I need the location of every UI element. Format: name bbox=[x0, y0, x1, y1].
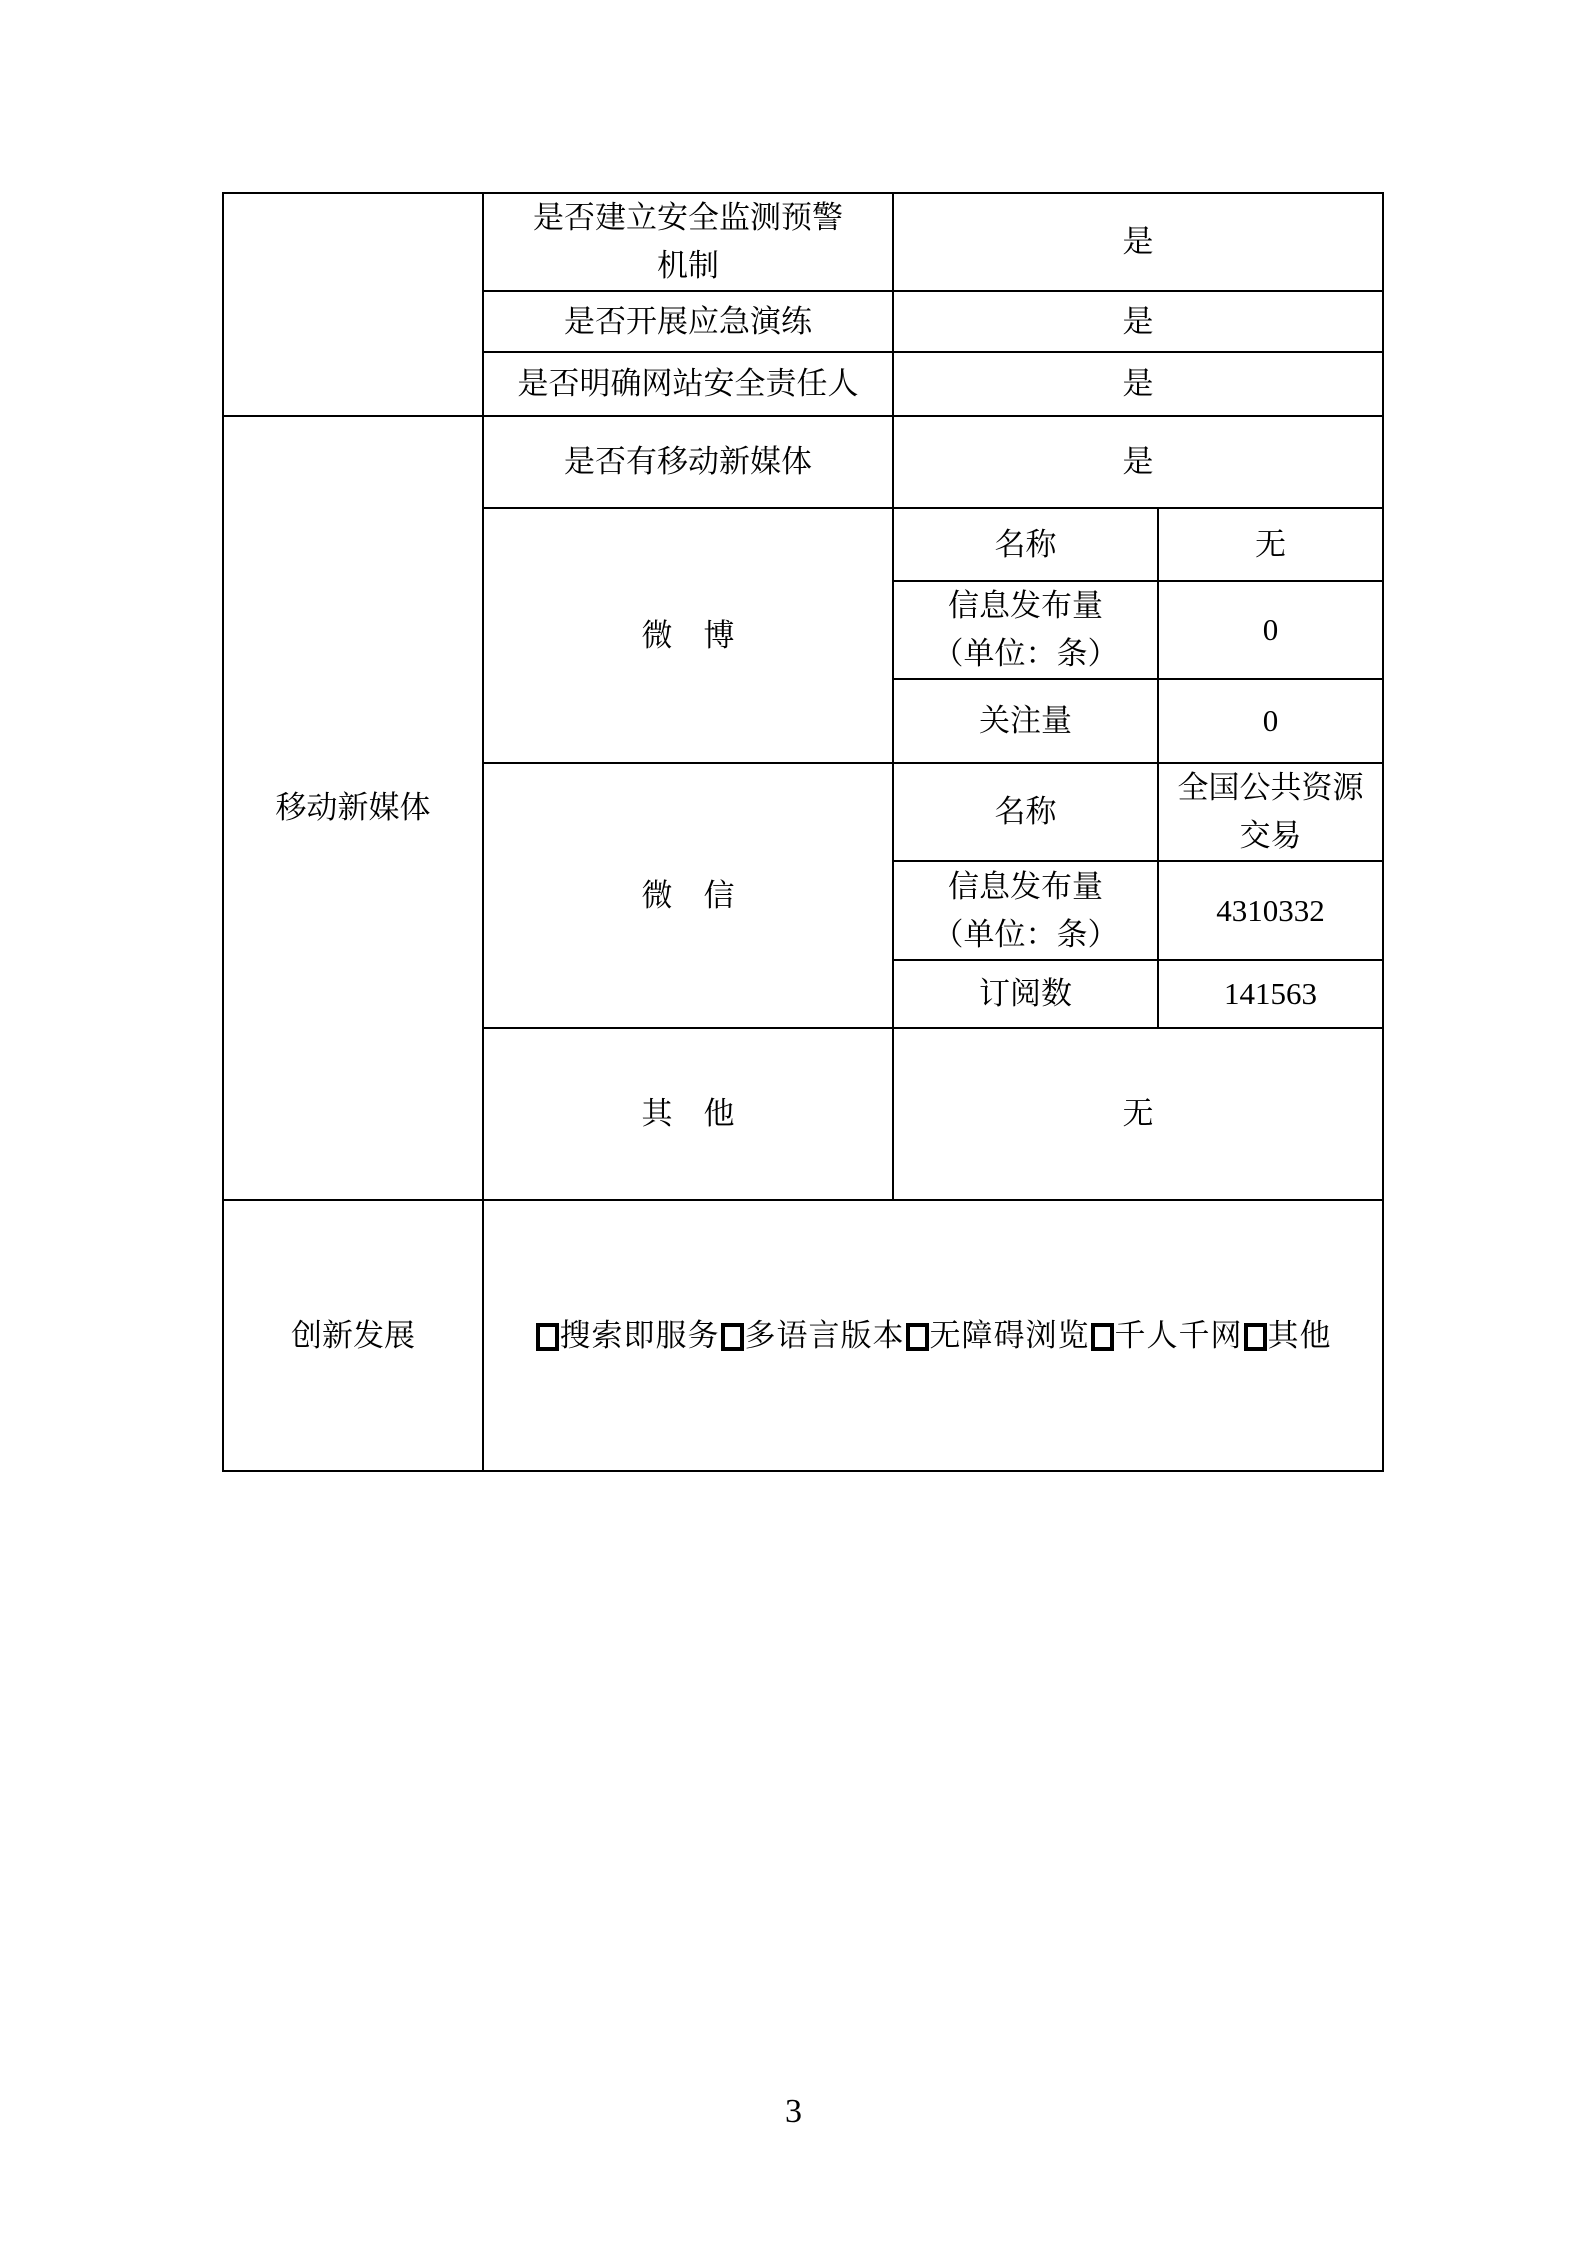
page-number: 3 bbox=[0, 2092, 1587, 2133]
checkbox-item: 千人千网 bbox=[1090, 1318, 1243, 1353]
row-value: 0 bbox=[1158, 581, 1383, 679]
checkbox-icon bbox=[1244, 1323, 1267, 1351]
row-label: 是否明确网站安全责任人 bbox=[483, 352, 893, 416]
row-value: 0 bbox=[1158, 679, 1383, 763]
row-label: 信息发布量 （单位：条） bbox=[893, 581, 1158, 679]
row-value: 全国公共资源 交易 bbox=[1158, 763, 1383, 861]
row-label: 是否开展应急演练 bbox=[483, 291, 893, 352]
section-label-innovation: 创新发展 bbox=[223, 1200, 483, 1471]
checkbox-item: 其他 bbox=[1243, 1318, 1332, 1353]
row-label: 名称 bbox=[893, 508, 1158, 581]
checkbox-label: 多语言版本 bbox=[745, 1318, 905, 1353]
checkbox-item: 多语言版本 bbox=[720, 1318, 905, 1353]
table-row: 创新发展 搜索即服务多语言版本无障碍浏览千人千网其他 bbox=[223, 1200, 1383, 1471]
checkbox-icon bbox=[721, 1323, 744, 1351]
checkbox-icon bbox=[906, 1323, 929, 1351]
row-value: 无 bbox=[893, 1028, 1383, 1200]
row-value: 是 bbox=[893, 193, 1383, 291]
row-label: 名称 bbox=[893, 763, 1158, 861]
row-value: 是 bbox=[893, 352, 1383, 416]
innovation-options-cell: 搜索即服务多语言版本无障碍浏览千人千网其他 bbox=[483, 1200, 1383, 1471]
checkbox-item: 搜索即服务 bbox=[535, 1318, 720, 1353]
checkbox-label: 搜索即服务 bbox=[560, 1318, 720, 1353]
group-label-other: 其 他 bbox=[483, 1028, 893, 1200]
group-label-wechat: 微 信 bbox=[483, 763, 893, 1028]
row-label: 关注量 bbox=[893, 679, 1158, 763]
section-label-mobile-media: 移动新媒体 bbox=[223, 416, 483, 1200]
annual-report-table: 是否建立安全监测预警 机制 是 是否开展应急演练 是 是否明确网站安全责任人 是… bbox=[222, 192, 1384, 1472]
row-value: 4310332 bbox=[1158, 861, 1383, 960]
group-label-weibo: 微 博 bbox=[483, 508, 893, 763]
checkbox-icon bbox=[536, 1323, 559, 1351]
table-row: 是否建立安全监测预警 机制 是 bbox=[223, 193, 1383, 291]
checkbox-label: 无障碍浏览 bbox=[930, 1318, 1090, 1353]
row-label: 是否有移动新媒体 bbox=[483, 416, 893, 508]
row-label: 订阅数 bbox=[893, 960, 1158, 1028]
section-cell-blank bbox=[223, 193, 483, 416]
row-value: 是 bbox=[893, 291, 1383, 352]
row-value: 141563 bbox=[1158, 960, 1383, 1028]
row-label: 信息发布量 （单位：条） bbox=[893, 861, 1158, 960]
row-value: 是 bbox=[893, 416, 1383, 508]
row-label: 是否建立安全监测预警 机制 bbox=[483, 193, 893, 291]
checkbox-icon bbox=[1091, 1323, 1114, 1351]
checkbox-label: 千人千网 bbox=[1115, 1318, 1243, 1353]
row-value: 无 bbox=[1158, 508, 1383, 581]
checkbox-item: 无障碍浏览 bbox=[905, 1318, 1090, 1353]
table-row: 移动新媒体 是否有移动新媒体 是 bbox=[223, 416, 1383, 508]
checkbox-label: 其他 bbox=[1268, 1318, 1332, 1353]
